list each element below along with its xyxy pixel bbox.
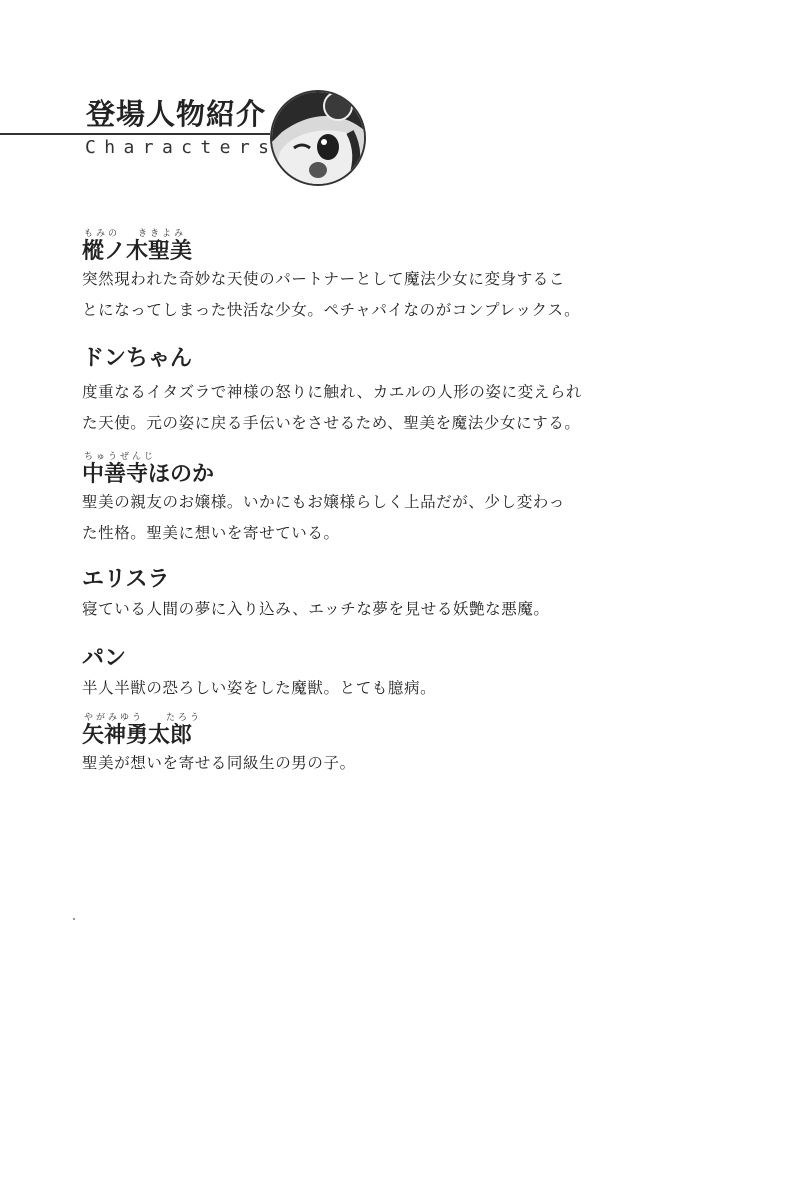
character-description: 突然現われた奇妙な天使のパートナーとして魔法少女に変身するこ とになってしまった… <box>82 264 580 326</box>
character-description: 度重なるイタズラで神様の怒りに触れ、カエルの人形の姿に変えられ た天使。元の姿に… <box>82 377 582 439</box>
character-description: 聖美が想いを寄せる同級生の男の子。 <box>82 748 356 779</box>
character-description: 聖美の親友のお嬢様。いかにもお嬢様らしく上品だが、少し変わっ た性格。聖美に想い… <box>82 487 565 549</box>
page-title: 登場人物紹介 <box>86 92 266 133</box>
character-name: 中善寺ほのか <box>82 461 565 487</box>
character-name: パン <box>82 645 436 671</box>
name-ruby: やがみゆう たろう <box>82 710 356 722</box>
page-subtitle: Characters <box>85 137 277 158</box>
character-portrait-icon <box>270 90 366 186</box>
character-entry-yutaro: やがみゆう たろう 矢神勇太郎 聖美が想いを寄せる同級生の男の子。 <box>82 710 356 779</box>
character-entry-honoka: ちゅうぜんじ 中善寺ほのか 聖美の親友のお嬢様。いかにもお嬢様らしく上品だが、少… <box>82 449 565 549</box>
character-entry-donchan: ドンちゃん 度重なるイタズラで神様の怒りに触れ、カエルの人形の姿に変えられ た天… <box>82 345 582 439</box>
scan-speck <box>73 918 75 920</box>
character-name: ドンちゃん <box>82 345 582 371</box>
character-name: エリスラ <box>82 566 550 592</box>
character-name: 樅ノ木聖美 <box>82 238 580 264</box>
header-divider <box>0 133 270 135</box>
character-description: 半人半獣の恐ろしい姿をした魔獣。とても臆病。 <box>82 673 436 704</box>
character-entry-pan: パン 半人半獣の恐ろしい姿をした魔獣。とても臆病。 <box>82 645 436 704</box>
character-entry-erisura: エリスラ 寝ている人間の夢に入り込み、エッチな夢を見せる妖艶な悪魔。 <box>82 566 550 625</box>
name-ruby: ちゅうぜんじ <box>82 449 565 461</box>
character-description: 寝ている人間の夢に入り込み、エッチな夢を見せる妖艶な悪魔。 <box>82 594 550 625</box>
name-ruby: もみの ききよみ <box>82 226 580 238</box>
character-entry-kiyomi: もみの ききよみ 樅ノ木聖美 突然現われた奇妙な天使のパートナーとして魔法少女に… <box>82 226 580 326</box>
character-name: 矢神勇太郎 <box>82 722 356 748</box>
